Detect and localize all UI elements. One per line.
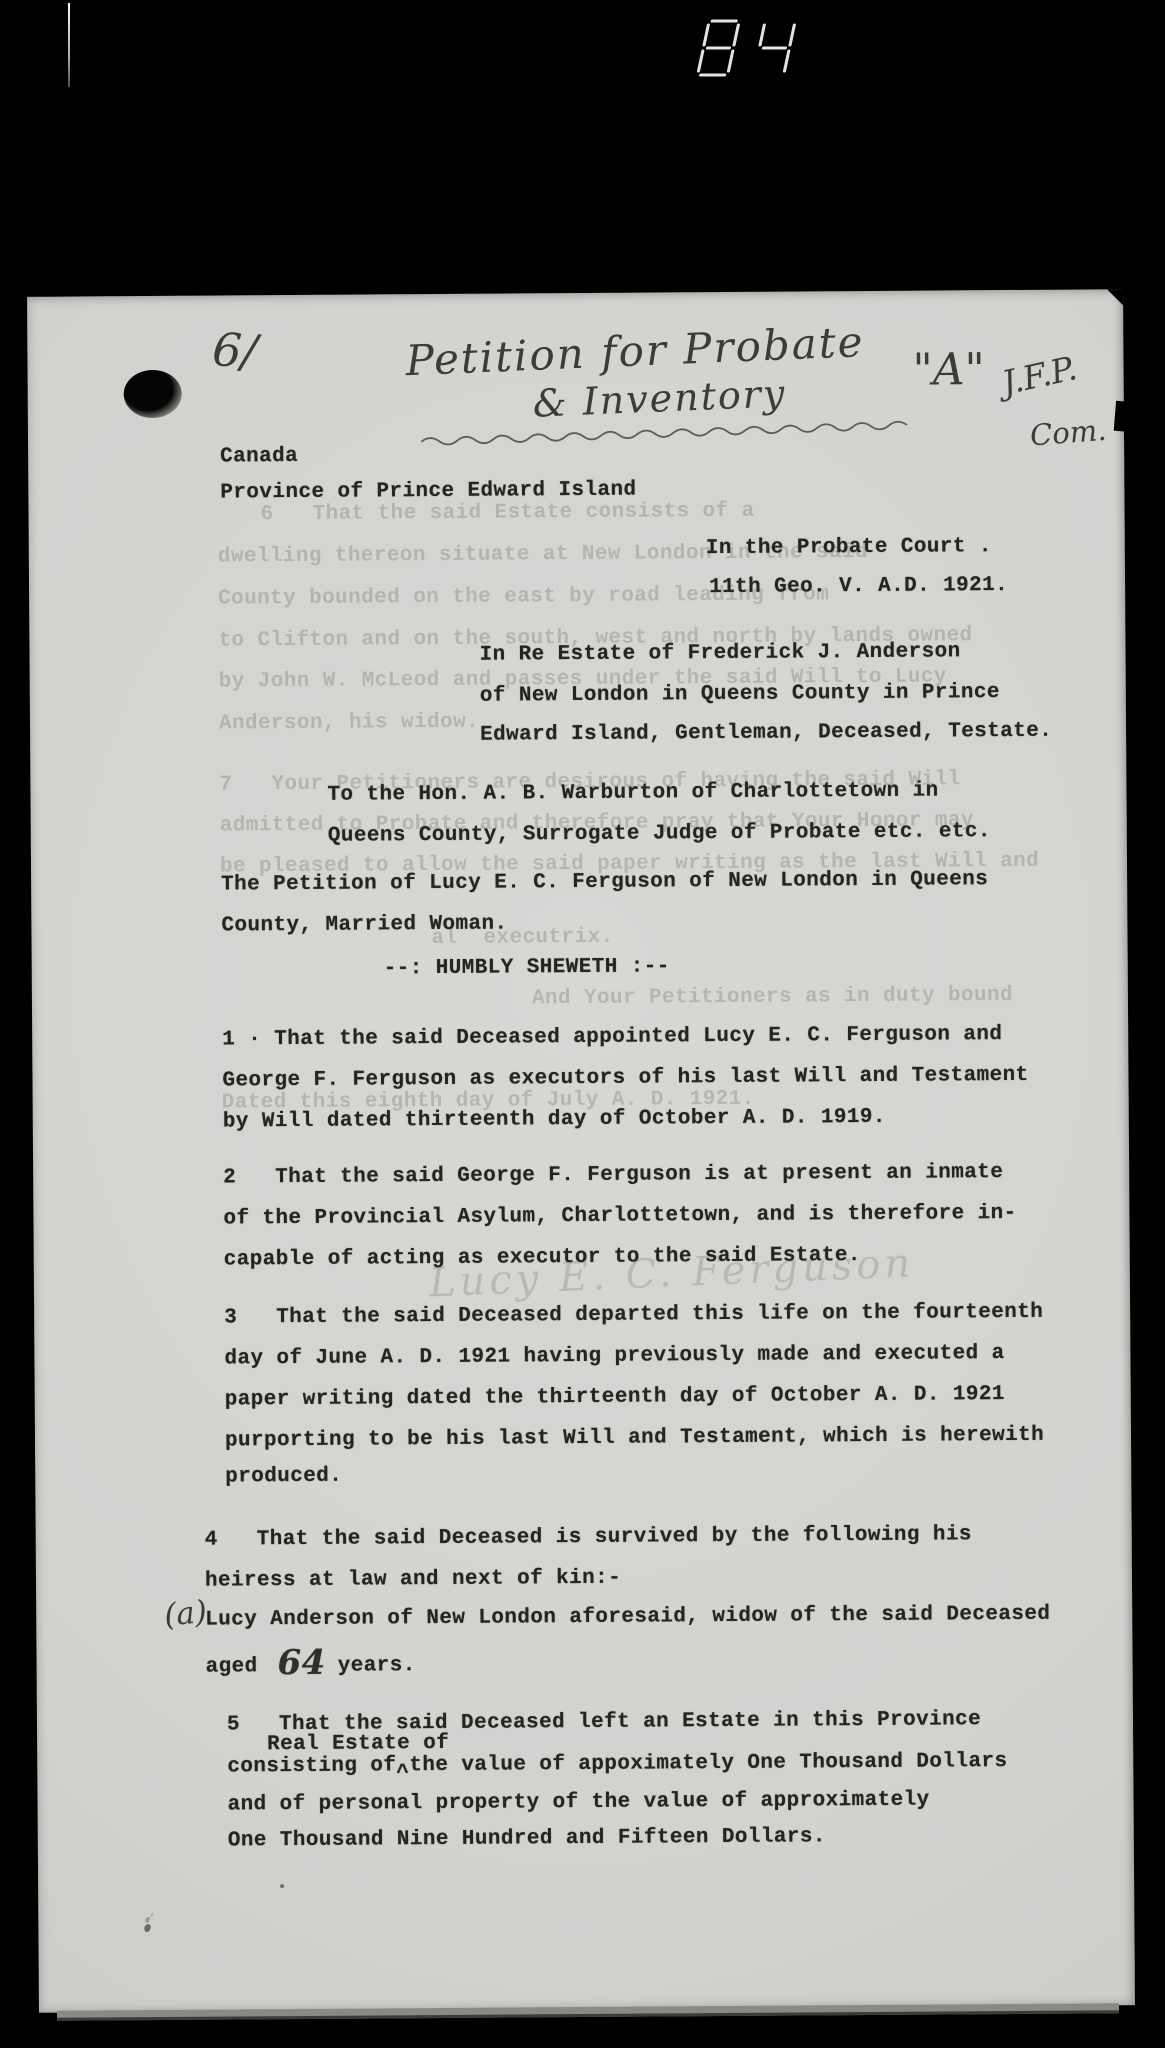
typed-in-re-line: In Re Estate of Frederick J. Anderson	[479, 639, 960, 668]
typed-paragraph1-line: 1 · That the said Deceased appointed Luc…	[222, 1022, 1002, 1053]
ink-speck	[280, 1884, 284, 1888]
ghost-line: Anderson, his widow.	[219, 710, 479, 738]
typed-in-re-line: Edward Island, Gentleman, Deceased, Test…	[480, 719, 1052, 749]
typed-in-re-line: of New London in Queens County in Prince	[480, 680, 1000, 710]
scanner-corner-mark	[68, 3, 70, 87]
aged-prefix: aged	[206, 1655, 258, 1678]
typed-court-line: In the Probate Court .	[706, 534, 992, 562]
typed-paragraph3-line: day of June A. D. 1921 having previously…	[224, 1341, 1004, 1372]
typed-paragraph5-line: One Thousand Nine Hundred and Fifteen Do…	[228, 1824, 826, 1854]
handwritten-item-label: (a)	[163, 1594, 209, 1634]
handwritten-initials: J.F.P.	[998, 348, 1080, 402]
typed-paragraph2-line: 2 That the said George F. Ferguson is at…	[223, 1160, 1003, 1191]
typed-province: Province of Prince Edward Island	[220, 478, 636, 507]
frame-counter-svg	[693, 18, 831, 82]
typed-petitioner-line: County, Married Woman.	[221, 912, 507, 940]
handwritten-title-line1: Petition for Probate	[405, 317, 866, 385]
scanned-document-frame: 6 That the said Estate consists of a dwe…	[0, 0, 1165, 2048]
typed-salutation-line: To the Hon. A. B. Warburton of Charlotte…	[327, 778, 938, 808]
typed-paragraph3-line: purporting to be his last Will and Testa…	[225, 1423, 1044, 1455]
typed-sheweth-heading: --: HUMBLY SHEWETH :--	[384, 954, 670, 982]
typed-paragraph2-line: capable of acting as executor to the sai…	[224, 1243, 861, 1273]
after-caret: the value of appoximately One Thousand D…	[409, 1750, 1007, 1777]
before-caret: consisting of	[227, 1754, 396, 1778]
caret-mark: ^	[396, 1761, 409, 1787]
punch-hole	[124, 370, 182, 418]
wavy-underline	[421, 417, 908, 450]
handwritten-com: Com.	[1029, 413, 1108, 453]
typed-paragraph1-line: by Will dated thirteenth day of October …	[223, 1105, 886, 1136]
aged-suffix: years.	[338, 1654, 416, 1678]
typed-aged-line: aged64years.	[205, 1646, 415, 1680]
typed-heir-line: Lucy Anderson of New London aforesaid, w…	[205, 1602, 1050, 1634]
typed-court-year: 11th Geo. V. A.D. 1921.	[709, 573, 1008, 601]
ink-smudge	[144, 1923, 152, 1932]
document-page: 6 That the said Estate consists of a dwe…	[27, 289, 1135, 2013]
ghost-line: And Your Petitioners as in duty bound	[532, 983, 1013, 1012]
typed-paragraph1-line: George F. Ferguson as executors of his l…	[222, 1063, 1028, 1095]
handwritten-age: 64	[277, 1650, 325, 1676]
page-edge-notch	[1114, 401, 1128, 432]
typed-paragraph4-line: 4 That the said Deceased is survived by …	[205, 1522, 972, 1553]
typed-paragraph3-line: 3 That the said Deceased departed this l…	[224, 1300, 1043, 1332]
typed-salutation-line: Queens County, Surrogate Judge of Probat…	[328, 819, 991, 850]
handwritten-title-line2: & Inventory	[532, 371, 787, 426]
typed-paragraph5-line: and of personal property of the value of…	[227, 1788, 929, 1819]
typed-paragraph3-line: paper writing dated the thirteenth day o…	[225, 1382, 1005, 1413]
typed-paragraph3-line: produced.	[225, 1464, 342, 1491]
typed-paragraph4-line: heiress at law and next of kin:-	[205, 1566, 621, 1595]
typed-paragraph5-line: consisting of^the value of appoximately …	[227, 1749, 1007, 1780]
typed-petitioner-line: The Petition of Lucy E. C. Ferguson of N…	[221, 867, 988, 898]
page-corner-fold	[1107, 289, 1123, 305]
typed-paragraph2-line: of the Provincial Asylum, Charlottetown,…	[223, 1201, 1016, 1233]
handwritten-exhibit-letter: "A"	[912, 344, 985, 396]
typed-country: Canada	[220, 444, 298, 471]
handwritten-page-mark: 6/	[211, 322, 259, 379]
